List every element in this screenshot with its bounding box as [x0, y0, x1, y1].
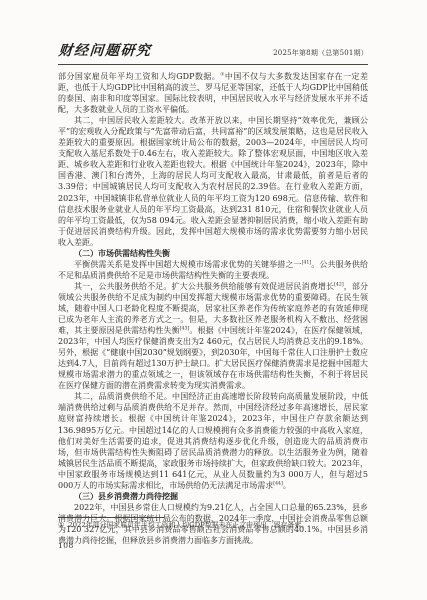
- footnote-text: 2022年部分国家雇员年平均工资和人均GDP数据未在正文中列出，留存备索。: [68, 521, 308, 529]
- journal-logo: 财经问题研究: [58, 44, 152, 58]
- footnote: ①2022年部分国家雇员年平均工资和人均GDP数据未在正文中列出，留存备索。: [58, 521, 368, 531]
- page-number: 108: [58, 541, 74, 550]
- footnote-marker: ①: [58, 521, 64, 529]
- body-paragraph: 部分国家雇员年平均工资和人均GDP数据。①中国不仅与大多数发达国家存在一定差距，…: [58, 71, 368, 115]
- body-paragraph: 平衡供需关系是发挥中国超大规模市场需求优势的关键举措之一[41]。公共服务供给不…: [58, 259, 368, 281]
- body-paragraph: 其一，公共服务供给不足。扩大公共服务供给能够有效促进居民消费增长[42]，部分领…: [58, 281, 368, 391]
- footnote-separator: [58, 517, 164, 518]
- paragraph-text: 。根据《中国统计年鉴2024》，在医疗保健领域，2023年，中国人均医疗保健消费…: [58, 326, 368, 390]
- section-heading: （二）市场供需结构性失衡: [58, 248, 368, 259]
- citation-superscript: [42]: [334, 282, 344, 287]
- paragraph-text: 其二，品质消费供给不足。中国经济正由高速增长阶段转向高质量发展阶段，中低端消费供…: [58, 392, 368, 489]
- header-rule: [58, 64, 368, 65]
- paragraph-text: 部分国家雇员年平均工资和人均GDP数据。: [58, 72, 220, 81]
- body-paragraph: 其二，中国居民收入差距较大。改革开放以来，中国长期坚持“效率优先，兼顾公平”的宏…: [58, 115, 368, 248]
- paragraph-text: 其一，公共服务供给不足。扩大公共服务供给能够有效促进居民消费增长: [74, 282, 334, 291]
- paragraph-text: 其二，中国居民收入差距较大。改革开放以来，中国长期坚持“效率优先，兼顾公平”的宏…: [58, 116, 368, 247]
- issue-info: 2025年第8期（总第501期）: [273, 50, 368, 58]
- journal-page: 财经问题研究 2025年第8期（总第501期） 部分国家雇员年平均工资和人均GD…: [0, 0, 427, 600]
- paragraph-text: （二）市场供需结构性失衡: [74, 249, 170, 258]
- citation-superscript: [41]: [302, 260, 312, 265]
- paragraph-text: 。: [283, 481, 291, 490]
- body-content: 部分国家雇员年平均工资和人均GDP数据。①中国不仅与大多数发达国家存在一定差距，…: [58, 71, 368, 546]
- citation-superscript: [44]: [273, 481, 283, 486]
- paragraph-text: 平衡供需关系是发挥中国超大规模市场需求优势的关键举措之一: [74, 260, 302, 269]
- section-heading: （三）县乡消费潜力尚待挖掘: [58, 491, 368, 502]
- paragraph-text: （三）县乡消费潜力尚待挖掘: [74, 492, 178, 501]
- citation-superscript: [43]: [180, 326, 190, 331]
- page-header: 财经问题研究 2025年第8期（总第501期）: [58, 44, 368, 58]
- body-paragraph: 其二，品质消费供给不足。中国经济正由高速增长阶段转向高质量发展阶段，中低端消费供…: [58, 391, 368, 490]
